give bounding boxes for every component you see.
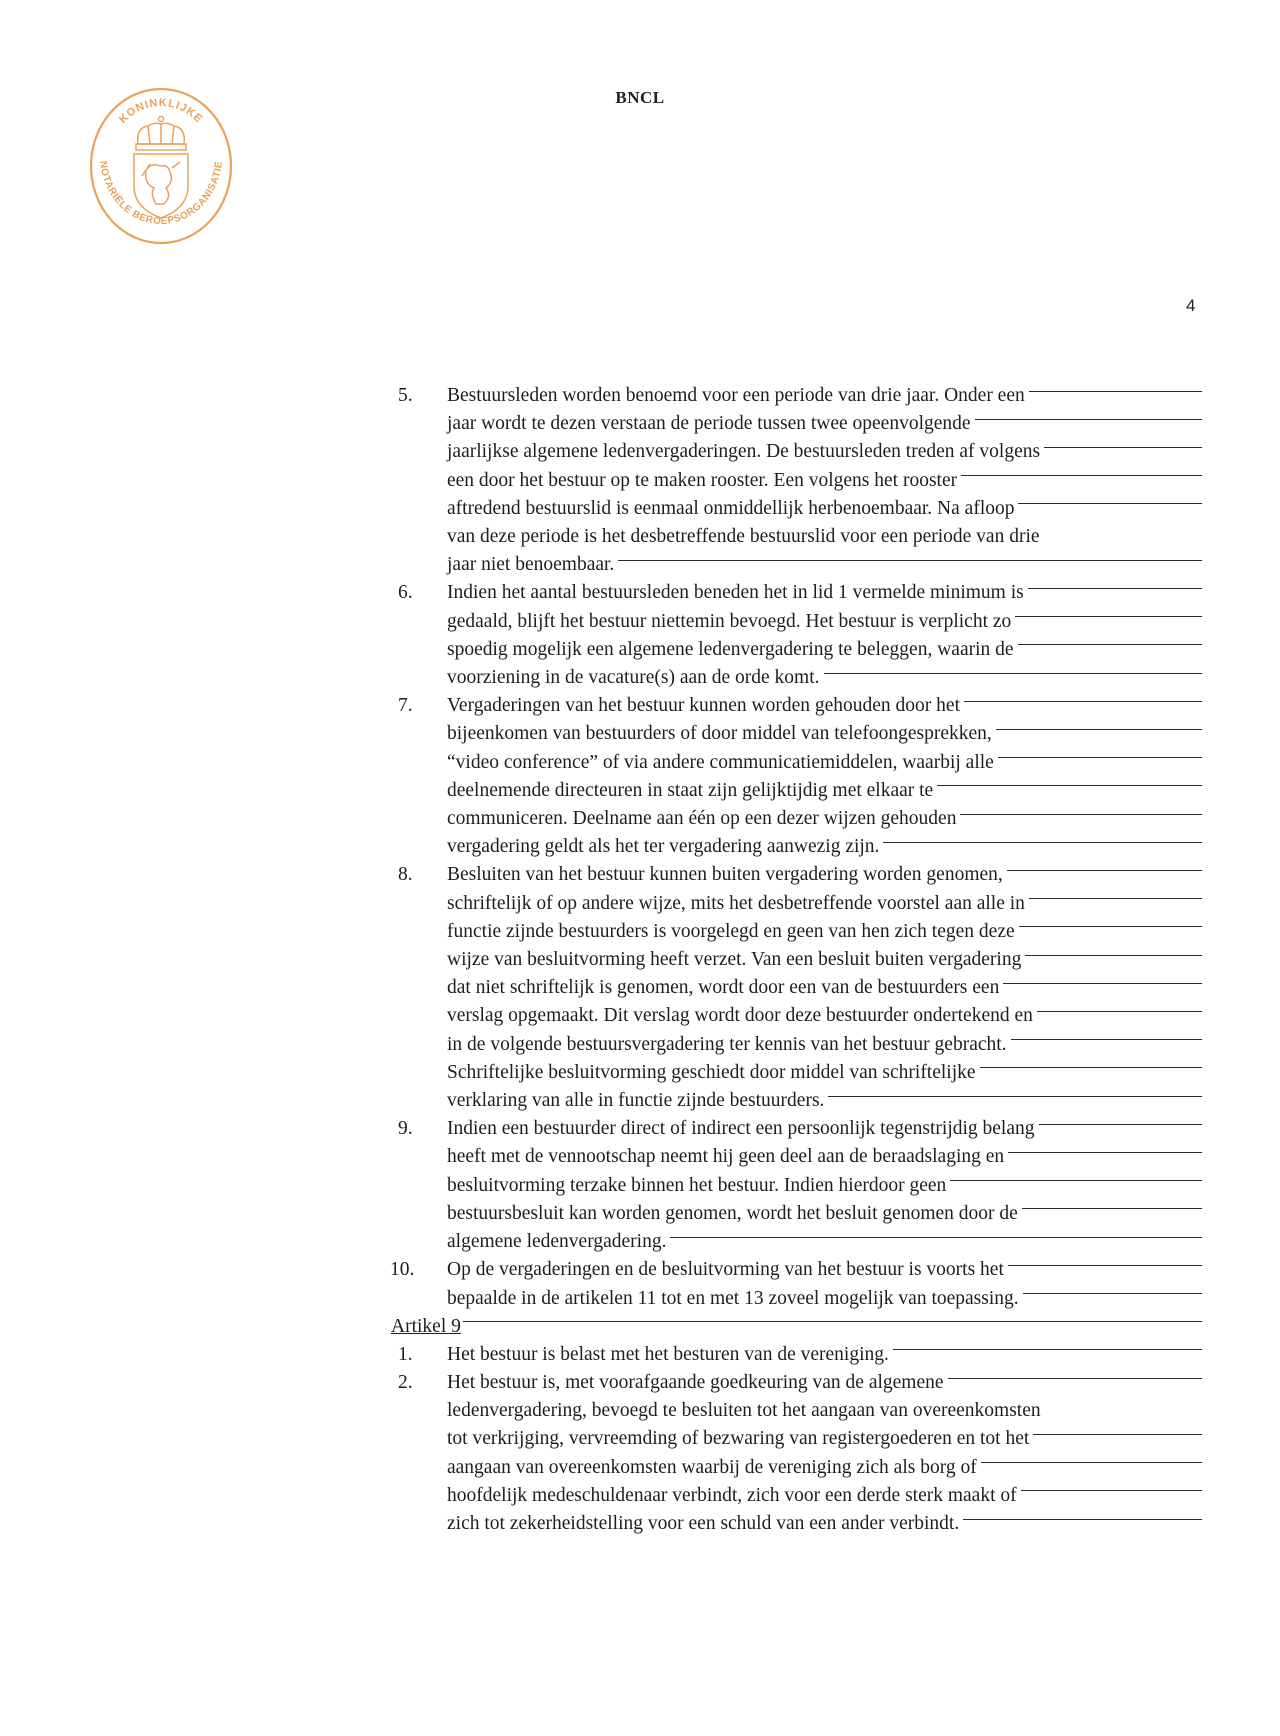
fill-line xyxy=(1015,616,1202,617)
fill-line xyxy=(1039,1124,1202,1125)
item-number: 9. xyxy=(398,1115,447,1256)
fill-line xyxy=(937,785,1202,786)
text-line: aftredend bestuurslid is eenmaal onmidde… xyxy=(447,495,1014,523)
text-line: “video conference” of via andere communi… xyxy=(447,749,994,777)
list-item-2: 2. Het bestuur is, met voorafgaande goed… xyxy=(398,1369,1202,1538)
fill-line xyxy=(1023,1293,1202,1294)
document-body: 5. Bestuursleden worden benoemd voor een… xyxy=(398,382,1202,1538)
item-number: 6. xyxy=(398,579,447,692)
text-line: gedaald, blijft het bestuur niettemin be… xyxy=(447,608,1011,636)
fill-line xyxy=(463,1321,1202,1322)
fill-line xyxy=(975,419,1202,420)
fill-line xyxy=(670,1237,1202,1238)
text-line: jaarlijkse algemene ledenvergaderingen. … xyxy=(447,438,1040,466)
text-line: dat niet schriftelijk is genomen, wordt … xyxy=(447,974,999,1002)
text-line: verklaring van alle in functie zijnde be… xyxy=(447,1087,824,1115)
list-item-1: 1. Het bestuur is belast met het besture… xyxy=(398,1341,1202,1369)
page-number: 4 xyxy=(1186,296,1195,316)
fill-line xyxy=(980,1067,1202,1068)
text-line: wijze van besluitvorming heeft verzet. V… xyxy=(447,946,1021,974)
fill-line xyxy=(964,701,1202,702)
text-line: een door het bestuur op te maken rooster… xyxy=(447,467,957,495)
fill-line xyxy=(1025,955,1202,956)
text-line: jaar niet benoembaar. xyxy=(447,551,614,579)
text-line: hoofdelijk medeschuldenaar verbindt, zic… xyxy=(447,1482,1017,1510)
list-item-5: 5. Bestuursleden worden benoemd voor een… xyxy=(398,382,1202,579)
fill-line xyxy=(1037,1011,1202,1012)
text-line: zich tot zekerheidstelling voor een schu… xyxy=(447,1510,959,1538)
fill-line xyxy=(963,1519,1202,1520)
item-number: 7. xyxy=(398,692,447,861)
fill-line xyxy=(1003,983,1202,984)
fill-line xyxy=(981,1462,1202,1463)
section-article-9: Artikel 9 1. Het bestuur is belast met h… xyxy=(398,1313,1202,1538)
text-line: Op de vergaderingen en de besluitvorming… xyxy=(447,1256,1004,1284)
fill-line xyxy=(1018,503,1202,504)
fill-line xyxy=(1044,447,1202,448)
text-line: algemene ledenvergadering. xyxy=(447,1228,666,1256)
fill-line xyxy=(1029,391,1202,392)
text-line: bepaalde in de artikelen 11 tot en met 1… xyxy=(447,1285,1019,1313)
fill-line xyxy=(998,757,1202,758)
text-line: Indien een bestuurder direct of indirect… xyxy=(447,1115,1035,1143)
text-line: voorziening in de vacature(s) aan de ord… xyxy=(447,664,820,692)
text-line: functie zijnde bestuurders is voorgelegd… xyxy=(447,918,1015,946)
fill-line xyxy=(1008,1265,1202,1266)
fill-line xyxy=(1019,926,1202,927)
section-article-8-continued: 5. Bestuursleden worden benoemd voor een… xyxy=(398,382,1202,1313)
document-header-title: BNCL xyxy=(0,88,1280,108)
item-number: 2. xyxy=(398,1369,447,1538)
item-number: 5. xyxy=(398,382,447,579)
fill-line xyxy=(1029,898,1202,899)
fill-line xyxy=(1022,1208,1202,1209)
fill-line xyxy=(950,1180,1202,1181)
svg-text:NOTARIËLE BEROEPSORGANISATIE: NOTARIËLE BEROEPSORGANISATIE xyxy=(97,160,225,227)
list-item-6: 6. Indien het aantal bestuursleden bened… xyxy=(398,579,1202,692)
fill-line xyxy=(960,814,1202,815)
text-line: Het bestuur is, met voorafgaande goedkeu… xyxy=(447,1369,944,1397)
fill-line xyxy=(828,1096,1202,1097)
text-line: van deze periode is het desbetreffende b… xyxy=(447,523,1040,551)
text-line: deelnemende directeuren in staat zijn ge… xyxy=(447,777,933,805)
fill-line xyxy=(893,1349,1202,1350)
text-line: bestuursbesluit kan worden genomen, word… xyxy=(447,1200,1018,1228)
fill-line xyxy=(1018,644,1202,645)
fill-line xyxy=(1011,1039,1202,1040)
text-line: Het bestuur is belast met het besturen v… xyxy=(447,1341,889,1369)
text-line: spoedig mogelijk een algemene ledenverga… xyxy=(447,636,1014,664)
text-line: jaar wordt te dezen verstaan de periode … xyxy=(447,410,971,438)
fill-line xyxy=(883,842,1202,843)
text-line: Indien het aantal bestuursleden beneden … xyxy=(447,579,1024,607)
text-line: in de volgende bestuursvergadering ter k… xyxy=(447,1031,1007,1059)
shield-lion-icon xyxy=(134,154,188,218)
fill-line xyxy=(1008,1152,1202,1153)
text-line: Bestuursleden worden benoemd voor een pe… xyxy=(447,382,1025,410)
fill-line xyxy=(1007,870,1202,871)
text-line: verslag opgemaakt. Dit verslag wordt doo… xyxy=(447,1002,1033,1030)
fill-line xyxy=(824,673,1202,674)
text-line: vergadering geldt als het ter vergaderin… xyxy=(447,833,879,861)
text-line: Vergaderingen van het bestuur kunnen wor… xyxy=(447,692,960,720)
text-line: tot verkrijging, vervreemding of bezwari… xyxy=(447,1425,1029,1453)
article-heading: Artikel 9 xyxy=(391,1313,1202,1341)
list-item-9: 9. Indien een bestuurder direct of indir… xyxy=(398,1115,1202,1256)
item-number: 10. xyxy=(390,1256,447,1312)
text-line: Besluiten van het bestuur kunnen buiten … xyxy=(447,861,1003,889)
list-item-10: 10. Op de vergaderingen en de besluitvor… xyxy=(398,1256,1202,1312)
list-item-7: 7. Vergaderingen van het bestuur kunnen … xyxy=(398,692,1202,861)
fill-line xyxy=(618,560,1202,561)
fill-line xyxy=(996,729,1202,730)
fill-line xyxy=(1028,588,1202,589)
text-line: schriftelijk of op andere wijze, mits he… xyxy=(447,890,1025,918)
text-line: aangaan van overeenkomsten waarbij de ve… xyxy=(447,1454,977,1482)
text-line: bijeenkomen van bestuurders of door midd… xyxy=(447,720,992,748)
item-number: 8. xyxy=(398,861,447,1115)
seal-logo: KONINKLIJKE NOTARIËLE BEROEPSORGANISATIE xyxy=(86,86,236,246)
list-item-8: 8. Besluiten van het bestuur kunnen buit… xyxy=(398,861,1202,1115)
text-line: communiceren. Deelname aan één op een de… xyxy=(447,805,956,833)
fill-line xyxy=(948,1378,1202,1379)
item-number: 1. xyxy=(398,1341,447,1369)
crown-icon xyxy=(136,117,186,151)
fill-line xyxy=(961,475,1202,476)
article-heading-text: Artikel 9 xyxy=(391,1313,461,1341)
text-line: heeft met de vennootschap neemt hij geen… xyxy=(447,1143,1004,1171)
text-line: ledenvergadering, bevoegd te besluiten t… xyxy=(447,1397,1041,1425)
fill-line xyxy=(1021,1490,1202,1491)
fill-line xyxy=(1033,1434,1202,1435)
text-line: Schriftelijke besluitvorming geschiedt d… xyxy=(447,1059,976,1087)
text-line: besluitvorming terzake binnen het bestuu… xyxy=(447,1172,946,1200)
